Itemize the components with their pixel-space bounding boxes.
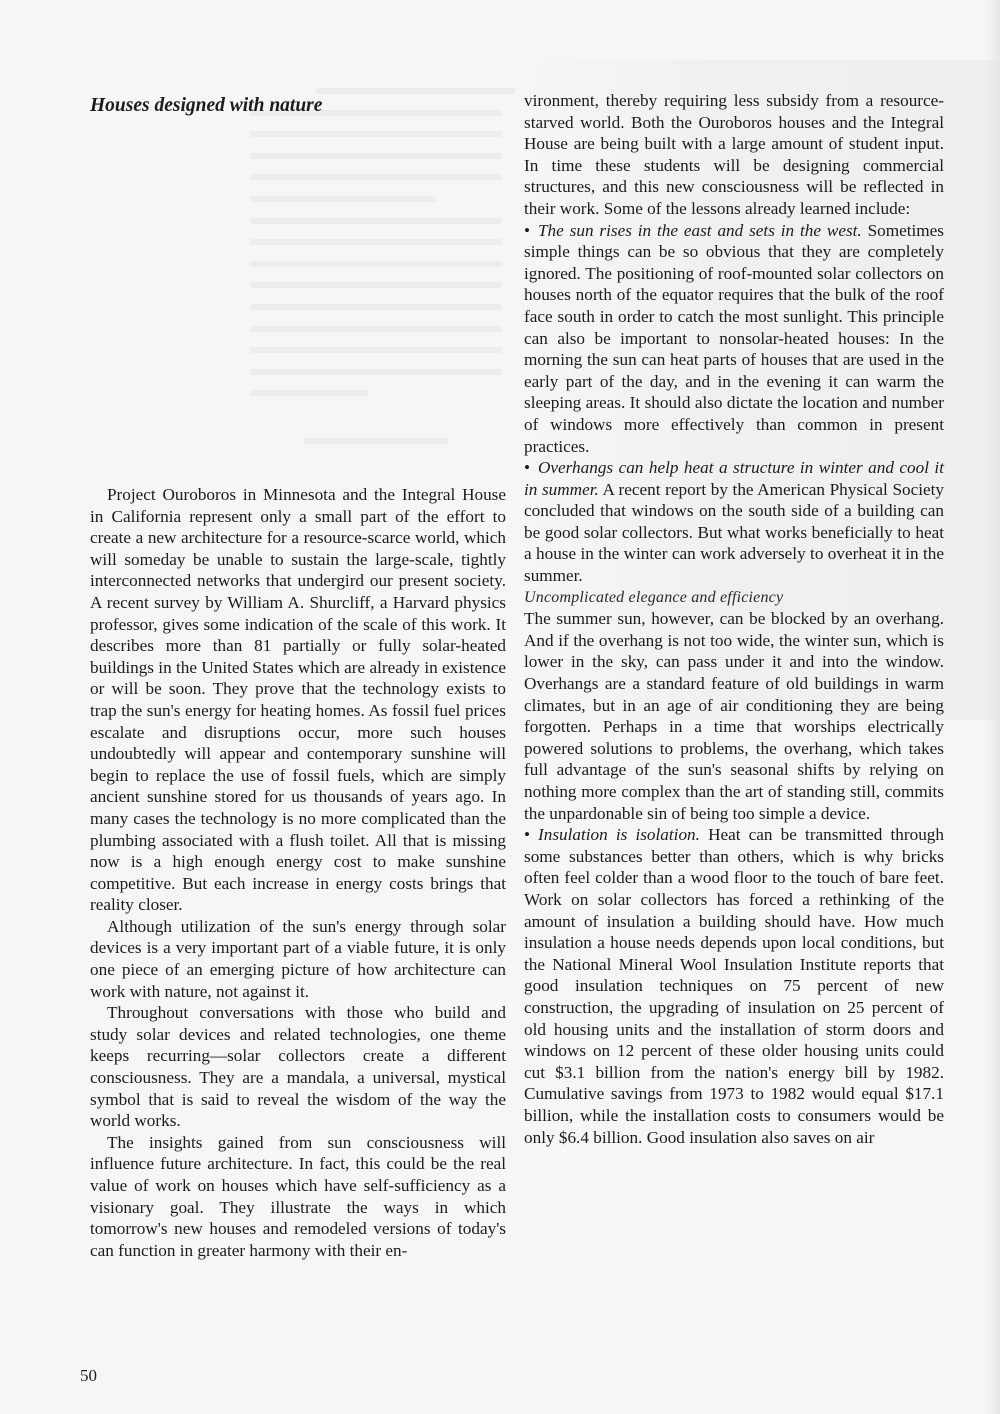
bullet-text: Heat can be transmitted through some sub… bbox=[524, 825, 944, 1146]
paragraph: vironment, thereby requiring less subsid… bbox=[524, 90, 944, 220]
bullet-text: Sometimes simple things can be so obviou… bbox=[524, 221, 944, 456]
page-edge bbox=[986, 0, 1000, 1414]
paragraph: The summer sun, however, can be blocked … bbox=[524, 608, 944, 824]
paragraph: Project Ouroboros in Minnesota and the I… bbox=[90, 484, 506, 916]
bullet-item: •Overhangs can help heat a structure in … bbox=[524, 457, 944, 587]
paragraph: Throughout conversations with those who … bbox=[90, 1002, 506, 1132]
paragraph: The insights gained from sun consciousne… bbox=[90, 1132, 506, 1262]
bullet-icon: • bbox=[524, 457, 538, 479]
bullet-item: •The sun rises in the east and sets in t… bbox=[524, 220, 944, 458]
bullet-item: •Insulation is isolation. Heat can be tr… bbox=[524, 824, 944, 1148]
bullet-icon: • bbox=[524, 220, 538, 242]
paragraph: Although utilization of the sun's energy… bbox=[90, 916, 506, 1002]
right-column: vironment, thereby requiring less subsid… bbox=[524, 90, 944, 1148]
bleed-through-text bbox=[250, 88, 515, 468]
subheading: Uncomplicated elegance and efficiency bbox=[524, 587, 944, 609]
bullet-lead: Insulation is isolation. bbox=[538, 825, 700, 844]
document-page: Houses designed with nature Project Ouro… bbox=[0, 0, 1000, 1414]
bullet-lead: The sun rises in the east and sets in th… bbox=[538, 221, 862, 240]
bullet-icon: • bbox=[524, 824, 538, 846]
left-column: Project Ouroboros in Minnesota and the I… bbox=[90, 484, 506, 1261]
page-number: 50 bbox=[80, 1366, 97, 1386]
